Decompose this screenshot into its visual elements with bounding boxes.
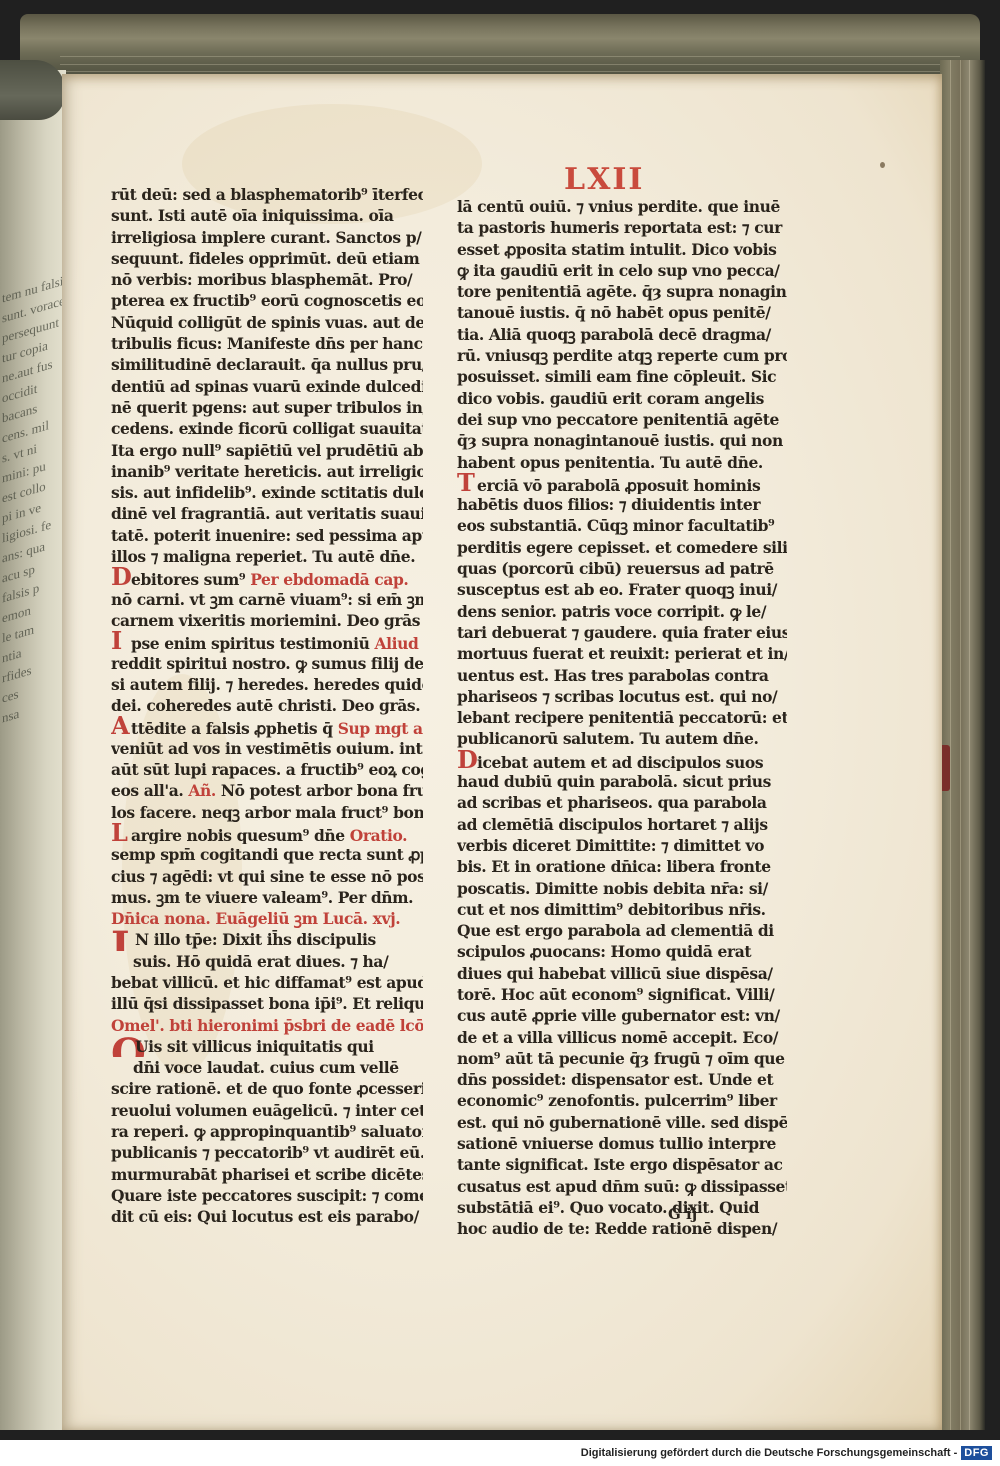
body-text: cusatus est apud dn̄m suū: ꝙ dissipasset [457,1177,787,1196]
text-line: ad scribas et phariseos. qua parabola [457,792,787,813]
text-line: lebant recipere penitentiā peccatorū: et [457,707,787,728]
body-text: cut et nos dimittim⁹ debitoribus nr̄is. [457,900,766,919]
text-line: tari debuerat ⁊ gaudere. quia frater eiu… [457,622,787,643]
body-text: cus autē ꝓprie ville gubernator est: vn/ [457,1006,780,1025]
text-line: carnem vixeritis moriemini. Deo grās [111,610,423,631]
text-line: irreligiosa implere curant. Sanctos p/ [111,227,423,248]
text-line: Ita ergo null⁹ sapiētiū vel prudētiū ab [111,440,423,461]
body-text: ꝙ ita gaudiū erit in celo sup vno pecca/ [457,261,780,280]
body-text: scipulos ꝓuocans: Homo quidā erat [457,942,751,961]
rubricated-initial: D [111,567,131,586]
text-line: cius ⁊ agēdi: vt qui sine te esse nō pos… [111,866,423,887]
body-text: rūt deū: sed a blasphematorib⁹ īterfecti [111,185,423,204]
body-text: irreligiosa implere curant. Sanctos p/ [111,228,421,247]
body-text: si autem filij. ⁊ heredes. heredes quidē [111,675,423,694]
text-line: uentus est. Has tres parabolas contra [457,665,787,686]
body-text: illū q̄si dissipasset bona ip̄i⁹. Et rel… [111,994,423,1013]
body-text: habent opus penitentia. Tu autē dn̄e. [457,453,763,472]
body-text: erciā vō parabolā ꝓposuit hominis [477,476,760,494]
body-text: eos all'a. [111,781,188,800]
credit-text: Digitalisierung gefördert durch die Deut… [581,1447,958,1459]
rubric-text: Añ. [188,781,216,800]
text-line: Que est ergo parabola ad clementiā di [457,920,787,941]
text-line: reuolui volumen euāgelicū. ⁊ inter cete [111,1100,423,1121]
body-text: Uis sit villicus iniquitatis qui [135,1037,374,1056]
text-line: Attēdite a falsis ꝓphetis q̄ Sup mgt añ. [111,716,423,737]
rubric-text: Aliud [374,634,418,652]
body-text: ebitores sum⁹ [131,570,250,588]
body-text: scire rationē. et de quo fonte ꝓcesserit… [111,1079,423,1098]
text-line: similitudinē declarauit. q̄a nullus pru/ [111,354,423,375]
text-line: nō verbis: moribus blasphemāt. Pro/ [111,269,423,290]
text-line: mortuus fuerat et reuixit: perierat et i… [457,643,787,664]
body-text: icebat autem et ad discipulos suos [477,753,763,771]
text-line: Nūquid colligūt de spinis vuas. aut de [111,312,423,333]
text-line: cusatus est apud dn̄m suū: ꝙ dissipasset [457,1176,787,1197]
text-line: cedens. exinde ficorū colligat suauitatē [111,418,423,439]
body-text: tribulis ficus: Manifeste dn̄s per hanc [111,334,423,353]
text-line: tore penitentiā agēte. q̄ȝ supra nonagin [457,281,787,302]
text-line: semp spm̄ cogitandi que recta sunt ꝓpi/ [111,844,423,865]
text-line: illū q̄si dissipasset bona ip̄i⁹. Et rel… [111,993,423,1014]
body-text: inanib⁹ veritate hereticis. aut irreligi… [111,462,423,481]
rubric-text: Sup mgt añ. [338,719,423,737]
rubricated-initial: T [457,473,477,492]
text-line: si autem filij. ⁊ heredes. heredes quidē [111,674,423,695]
text-line: habent opus penitentia. Tu autē dn̄e. [457,452,787,473]
body-text: ra reperi. ꝙ appropinquantib⁹ saluatori [111,1122,423,1141]
body-text: rū. vniusqꝫ perdite atqꝫ reperte cum pro [457,346,787,365]
body-text: est. qui nō gubernationē ville. sed disp… [457,1113,787,1132]
body-text: tari debuerat ⁊ gaudere. quia frater eiu… [457,623,787,642]
rubric-text: Dn̄ica nona. Euāgeliū ꝫm Lucā. xvj. [111,909,400,928]
body-text: los facere. neqꝫ arbor mala fruct⁹ bonos… [111,803,423,822]
body-text: dei. coheredes autē christi. Deo grās. [111,696,420,715]
body-text: verbis diceret Dimittite: ⁊ dimittet vo [457,836,764,855]
paper-blemish [880,162,885,168]
text-line: suis. Hō quidā erat diues. ⁊ ha/ [111,951,423,972]
body-text: de et a villa villicus nomē accepit. Eco… [457,1028,778,1047]
body-text: posuisset. simili eam fine cōpleuit. Sic [457,367,776,386]
body-text: tanouē iustis. q̄ nō habēt opus penitē/ [457,303,771,322]
body-text: nō verbis: moribus blasphemāt. Pro/ [111,270,412,289]
rubricated-initial: Q [111,1036,135,1057]
body-text: dinē vel fragrantiā. aut veritatis suaui… [111,504,423,523]
text-line: Omel'. bti hieronimi p̄sbri de eadē lcōe [111,1015,423,1036]
text-line: de et a villa villicus nomē accepit. Eco… [457,1027,787,1048]
text-line: dei sup vno peccatore penitentiā agēte [457,409,787,430]
body-text: hoc audio de te: Redde rationē dispen/ [457,1219,777,1238]
text-line: Terciā vō parabolā ꝓposuit hominis [457,473,787,494]
text-line: nē querit pgens: aut super tribulos in/ [111,397,423,418]
rubric-text: Omel'. bti hieronimi p̄sbri de eadē lcōe [111,1016,423,1035]
text-line: habētis duos filios: ⁊ diuidentis inter [457,494,787,515]
text-line: est. qui nō gubernationē ville. sed disp… [457,1112,787,1133]
text-line: susceptus est ab eo. Frater quoqꝫ inui/ [457,579,787,600]
facing-page-text: tem nu falsissunt. voracespersequunttur … [2,271,62,1368]
text-line: tribulis ficus: Manifeste dn̄s per hanc [111,333,423,354]
body-text: substātiā ei⁹. Quo vocato. dixit. Quid [457,1198,759,1217]
text-line: rūt deū: sed a blasphematorib⁹ īterfecti [111,184,423,205]
text-line: tia. Aliā quoqꝫ parabolā decē dragma/ [457,324,787,345]
body-text: carnem vixeritis moriemini. Deo grās [111,611,420,630]
body-text: publicanis ⁊ peccatorib⁹ vt audirēt eū. [111,1143,423,1162]
text-line: lā centū ouiū. ⁊ vnius perdite. que inuē [457,196,787,217]
body-text: reuolui volumen euāgelicū. ⁊ inter cete [111,1101,423,1120]
text-line: hoc audio de te: Redde rationē dispen/ [457,1218,787,1239]
binding-edge [0,60,65,120]
text-line: bis. Et in oratione dn̄ica: libera front… [457,856,787,877]
text-line: mus. ꝫm te viuere valeam⁹. Per dn̄m. [111,887,423,908]
folio-number: LXII [564,162,644,197]
body-text: tore penitentiā agēte. q̄ȝ supra nonagin [457,282,787,301]
body-text: ad scribas et phariseos. qua parabola [457,793,767,812]
text-line: scire rationē. et de quo fonte ꝓcesserit… [111,1078,423,1099]
body-text: Nō potest arbor bona fruct⁹ ma/ [216,781,423,800]
text-line: dens senior. patris voce corripit. ꝙ le/ [457,601,787,622]
text-line: Ipse enim spiritus testimoniū Aliud [111,631,423,652]
text-line: dentiū ad spinas vuarū exinde dulcedi/ [111,376,423,397]
left-text-column: rūt deū: sed a blasphematorib⁹ īterfecti… [111,184,423,1228]
body-text: dico vobis. gaudiū erit coram angelis [457,389,764,408]
body-text: nē querit pgens: aut super tribulos in/ [111,398,423,417]
text-line: ra reperi. ꝙ appropinquantib⁹ saluatori [111,1121,423,1142]
body-text: N illo tp̄e: Dixit ih̄s discipulis [135,930,376,949]
text-line: sis. aut infidelib⁹. exinde sctitatis du… [111,482,423,503]
rubric-text: Oratio. [350,826,407,844]
text-line: bebat villicū. et hic diffamat⁹ est apud [111,972,423,993]
text-line: inanib⁹ veritate hereticis. aut irreligi… [111,461,423,482]
text-line: poscatis. Dimitte nobis debita nr̄a: si/ [457,878,787,899]
text-line: q̄ȝ supra nonagintanouē iustis. qui non [457,430,787,451]
text-line: dit cū eis: Qui locutus est eis parabo/ [111,1206,423,1227]
text-line: sationē vniuerse domus tullio interpre [457,1133,787,1154]
body-text: phariseos ⁊ scribas locutus est. qui no/ [457,687,777,706]
body-text: publicanorū salutem. Tu autem dn̄e. [457,729,758,748]
body-text: eos substantiā. Cūqꝫ minor facultatib⁹ [457,516,774,535]
body-text: tante significat. Iste ergo dispēsator a… [457,1155,783,1174]
text-line: IN illo tp̄e: Dixit ih̄s discipulis [111,929,423,950]
text-line: scipulos ꝓuocans: Homo quidā erat [457,941,787,962]
text-line: substātiā ei⁹. Quo vocato. dixit. Quid [457,1197,787,1218]
body-text: esset ꝓposita statim intulit. Dico vobis [457,240,777,259]
rubricated-initial: I [111,929,135,950]
body-text: Quare iste peccatores suscipit: ⁊ come/ [111,1186,423,1205]
body-text: Que est ergo parabola ad clementiā di [457,921,774,940]
text-line: aūt sūt lupi rapaces. a fructib⁹ eoꝝ cog… [111,759,423,780]
text-line: dn̄i voce laudat. cuius cum vellē [111,1057,423,1078]
text-line: dn̄s possidet: dispensator est. Unde et [457,1069,787,1090]
text-line: reddit spiritui nostro. ꝙ sumus filij de… [111,653,423,674]
body-text: semp spm̄ cogitandi que recta sunt ꝓpi/ [111,845,423,864]
body-text: dit cū eis: Qui locutus est eis parabo/ [111,1207,419,1226]
body-text: habētis duos filios: ⁊ diuidentis inter [457,495,760,514]
body-text: reddit spiritui nostro. ꝙ sumus filij de… [111,654,423,673]
text-line: publicanorū salutem. Tu autem dn̄e. [457,728,787,749]
rubricated-initial: A [111,716,131,735]
text-line: Dicebat autem et ad discipulos suos [457,750,787,771]
body-text: dei sup vno peccatore penitentiā agēte [457,410,779,429]
body-text: sis. aut infidelib⁹. exinde sctitatis du… [111,483,423,502]
text-line: tante significat. Iste ergo dispēsator a… [457,1154,787,1175]
text-line: tatē. poterit inuenire: sed pessima apud [111,525,423,546]
text-line: posuisset. simili eam fine cōpleuit. Sic [457,366,787,387]
body-text: ttēdite a falsis ꝓphetis q̄ [131,719,338,737]
body-text: aūt sūt lupi rapaces. a fructib⁹ eoꝝ cog… [111,760,423,779]
text-line: nom⁹ aūt tā pecunie q̄ȝ frugū ⁊ oīm que [457,1048,787,1069]
body-text: uentus est. Has tres parabolas contra [457,666,769,685]
text-line: ad clemētiā discipulos hortaret ⁊ alijs [457,814,787,835]
text-line: dei. coheredes autē christi. Deo grās. [111,695,423,716]
book-scan: tem nu falsissunt. voracespersequunttur … [0,0,1000,1440]
body-text: cius ⁊ agēdi: vt qui sine te esse nō pos… [111,867,423,886]
body-text: sequunt. fideles opprimūt. deū etiam si [111,249,423,268]
body-text: similitudinē declarauit. q̄a nullus pru/ [111,355,423,374]
body-text: veniūt ad vos in vestimētis ouium. intri… [111,739,423,758]
facing-page-curl: tem nu falsissunt. voracespersequunttur … [0,70,66,1430]
body-text: tatē. poterit inuenire: sed pessima apud [111,526,423,545]
signature-mark: G ij [668,1205,697,1223]
text-line: Quare iste peccatores suscipit: ⁊ come/ [111,1185,423,1206]
dfg-logo: DFG [961,1446,992,1460]
text-line: Dn̄ica nona. Euāgeliū ꝫm Lucā. xvj. [111,908,423,929]
text-line: perditis egere cepisset. et comedere sil… [457,537,787,558]
body-text: murmurabāt pharisei et scribe dicētes. [111,1165,423,1184]
body-text: mus. ꝫm te viuere valeam⁹. Per dn̄m. [111,888,413,907]
text-line: haud dubiū quin parabolā. sicut prius [457,771,787,792]
text-line: phariseos ⁊ scribas locutus est. qui no/ [457,686,787,707]
text-line: eos all'a. Añ. Nō potest arbor bona fruc… [111,780,423,801]
text-line: rū. vniusqꝫ perdite atqꝫ reperte cum pro [457,345,787,366]
text-line: sunt. Isti autē oīa iniquissima. oīa [111,205,423,226]
text-line: Debitores sum⁹ Per ebdomadā cap. [111,567,423,588]
body-text: Ita ergo null⁹ sapiētiū vel prudētiū ab [111,441,423,460]
text-line: dinē vel fragrantiā. aut veritatis suaui… [111,503,423,524]
text-line: verbis diceret Dimittite: ⁊ dimittet vo [457,835,787,856]
body-text: ta pastoris humeris reportata est: ⁊ cur [457,218,782,237]
body-text: Nūquid colligūt de spinis vuas. aut de [111,313,423,332]
text-line: tanouē iustis. q̄ nō habēt opus penitē/ [457,302,787,323]
body-text: nom⁹ aūt tā pecunie q̄ȝ frugū ⁊ oīm que [457,1049,785,1068]
body-text: diues qui habebat villicū siue dispēsa/ [457,964,773,983]
text-line: Largire nobis quesum⁹ dn̄e Oratio. [111,823,423,844]
body-text: pterea ex fructib⁹ eorū cognoscetis eos. [111,291,423,310]
text-line: quas (porcorū cibū) reuersus ad patrē [457,558,787,579]
right-text-column: lā centū ouiū. ⁊ vnius perdite. que inuē… [457,196,787,1240]
text-line: ꝙ ita gaudiū erit in celo sup vno pecca/ [457,260,787,281]
body-text: bebat villicū. et hic diffamat⁹ est apud [111,973,423,992]
body-text: lā centū ouiū. ⁊ vnius perdite. que inuē [457,197,780,216]
text-line: economic⁹ zenofontis. pulcerrim⁹ liber [457,1090,787,1111]
body-text: poscatis. Dimitte nobis debita nr̄a: si/ [457,879,768,898]
text-line: QUis sit villicus iniquitatis qui [111,1036,423,1057]
text-line: pterea ex fructib⁹ eorū cognoscetis eos. [111,290,423,311]
text-line: cut et nos dimittim⁹ debitoribus nr̄is. [457,899,787,920]
body-text: argire nobis quesum⁹ dn̄e [131,826,350,844]
body-text: q̄ȝ supra nonagintanouē iustis. qui non [457,431,783,450]
text-line: murmurabāt pharisei et scribe dicētes. [111,1164,423,1185]
body-text: dn̄i voce laudat. cuius cum vellē [133,1058,399,1077]
text-line: dico vobis. gaudiū erit coram angelis [457,388,787,409]
body-text: torē. Hoc aūt econom⁹ significat. Villi/ [457,985,774,1004]
text-line: publicanis ⁊ peccatorib⁹ vt audirēt eū. [111,1142,423,1163]
body-text: dens senior. patris voce corripit. ꝙ le/ [457,602,766,621]
text-line: nō carni. vt ꝫm carnē viuam⁹: si em̄ ꝫm [111,589,423,610]
credit-bar: Digitalisierung gefördert durch die Deut… [0,1440,1000,1466]
text-line: los facere. neqꝫ arbor mala fruct⁹ bonos… [111,802,423,823]
body-text: bis. Et in oratione dn̄ica: libera front… [457,857,771,876]
rubric-text: Per ebdomadā cap. [250,570,408,588]
body-text: sationē vniuerse domus tullio interpre [457,1134,776,1153]
body-text: quas (porcorū cibū) reuersus ad patrē [457,559,774,578]
body-text: haud dubiū quin parabolā. sicut prius [457,772,771,791]
text-line: diues qui habebat villicū siue dispēsa/ [457,963,787,984]
body-text: cedens. exinde ficorū colligat suauitatē [111,419,423,438]
book-page: LXII rūt deū: sed a blasphematorib⁹ īter… [62,74,942,1430]
text-line: cus autē ꝓprie ville gubernator est: vn/ [457,1005,787,1026]
body-text: lebant recipere penitentiā peccatorū: et [457,708,787,727]
body-text: sunt. Isti autē oīa iniquissima. oīa [111,206,394,225]
rubricated-initial: D [457,750,477,769]
text-line: ta pastoris humeris reportata est: ⁊ cur [457,217,787,238]
body-text: susceptus est ab eo. Frater quoqꝫ inui/ [457,580,777,599]
body-text: mortuus fuerat et reuixit: perierat et i… [457,644,787,663]
body-text: ad clemētiā discipulos hortaret ⁊ alijs [457,815,768,834]
text-line: illos ⁊ maligna reperiet. Tu autē dn̄e. [111,546,423,567]
body-text: dn̄s possidet: dispensator est. Unde et [457,1070,773,1089]
body-text: suis. Hō quidā erat diues. ⁊ ha/ [133,952,388,971]
rubricated-initial: L [111,823,131,842]
body-text: dentiū ad spinas vuarū exinde dulcedi/ [111,377,423,396]
body-text: illos ⁊ maligna reperiet. Tu autē dn̄e. [111,547,415,566]
body-text: perditis egere cepisset. et comedere sil… [457,538,787,557]
text-line: torē. Hoc aūt econom⁹ significat. Villi/ [457,984,787,1005]
text-line: sequunt. fideles opprimūt. deū etiam si [111,248,423,269]
rubricated-initial: I [111,631,131,650]
text-line: veniūt ad vos in vestimētis ouium. intri… [111,738,423,759]
body-text: economic⁹ zenofontis. pulcerrim⁹ liber [457,1091,777,1110]
text-line: esset ꝓposita statim intulit. Dico vobis [457,239,787,260]
text-line: eos substantiā. Cūqꝫ minor facultatib⁹ [457,515,787,536]
body-text: pse enim spiritus testimoniū [131,634,374,652]
body-text: nō carni. vt ꝫm carnē viuam⁹: si em̄ ꝫm [111,590,423,609]
body-text: tia. Aliā quoqꝫ parabolā decē dragma/ [457,325,771,344]
